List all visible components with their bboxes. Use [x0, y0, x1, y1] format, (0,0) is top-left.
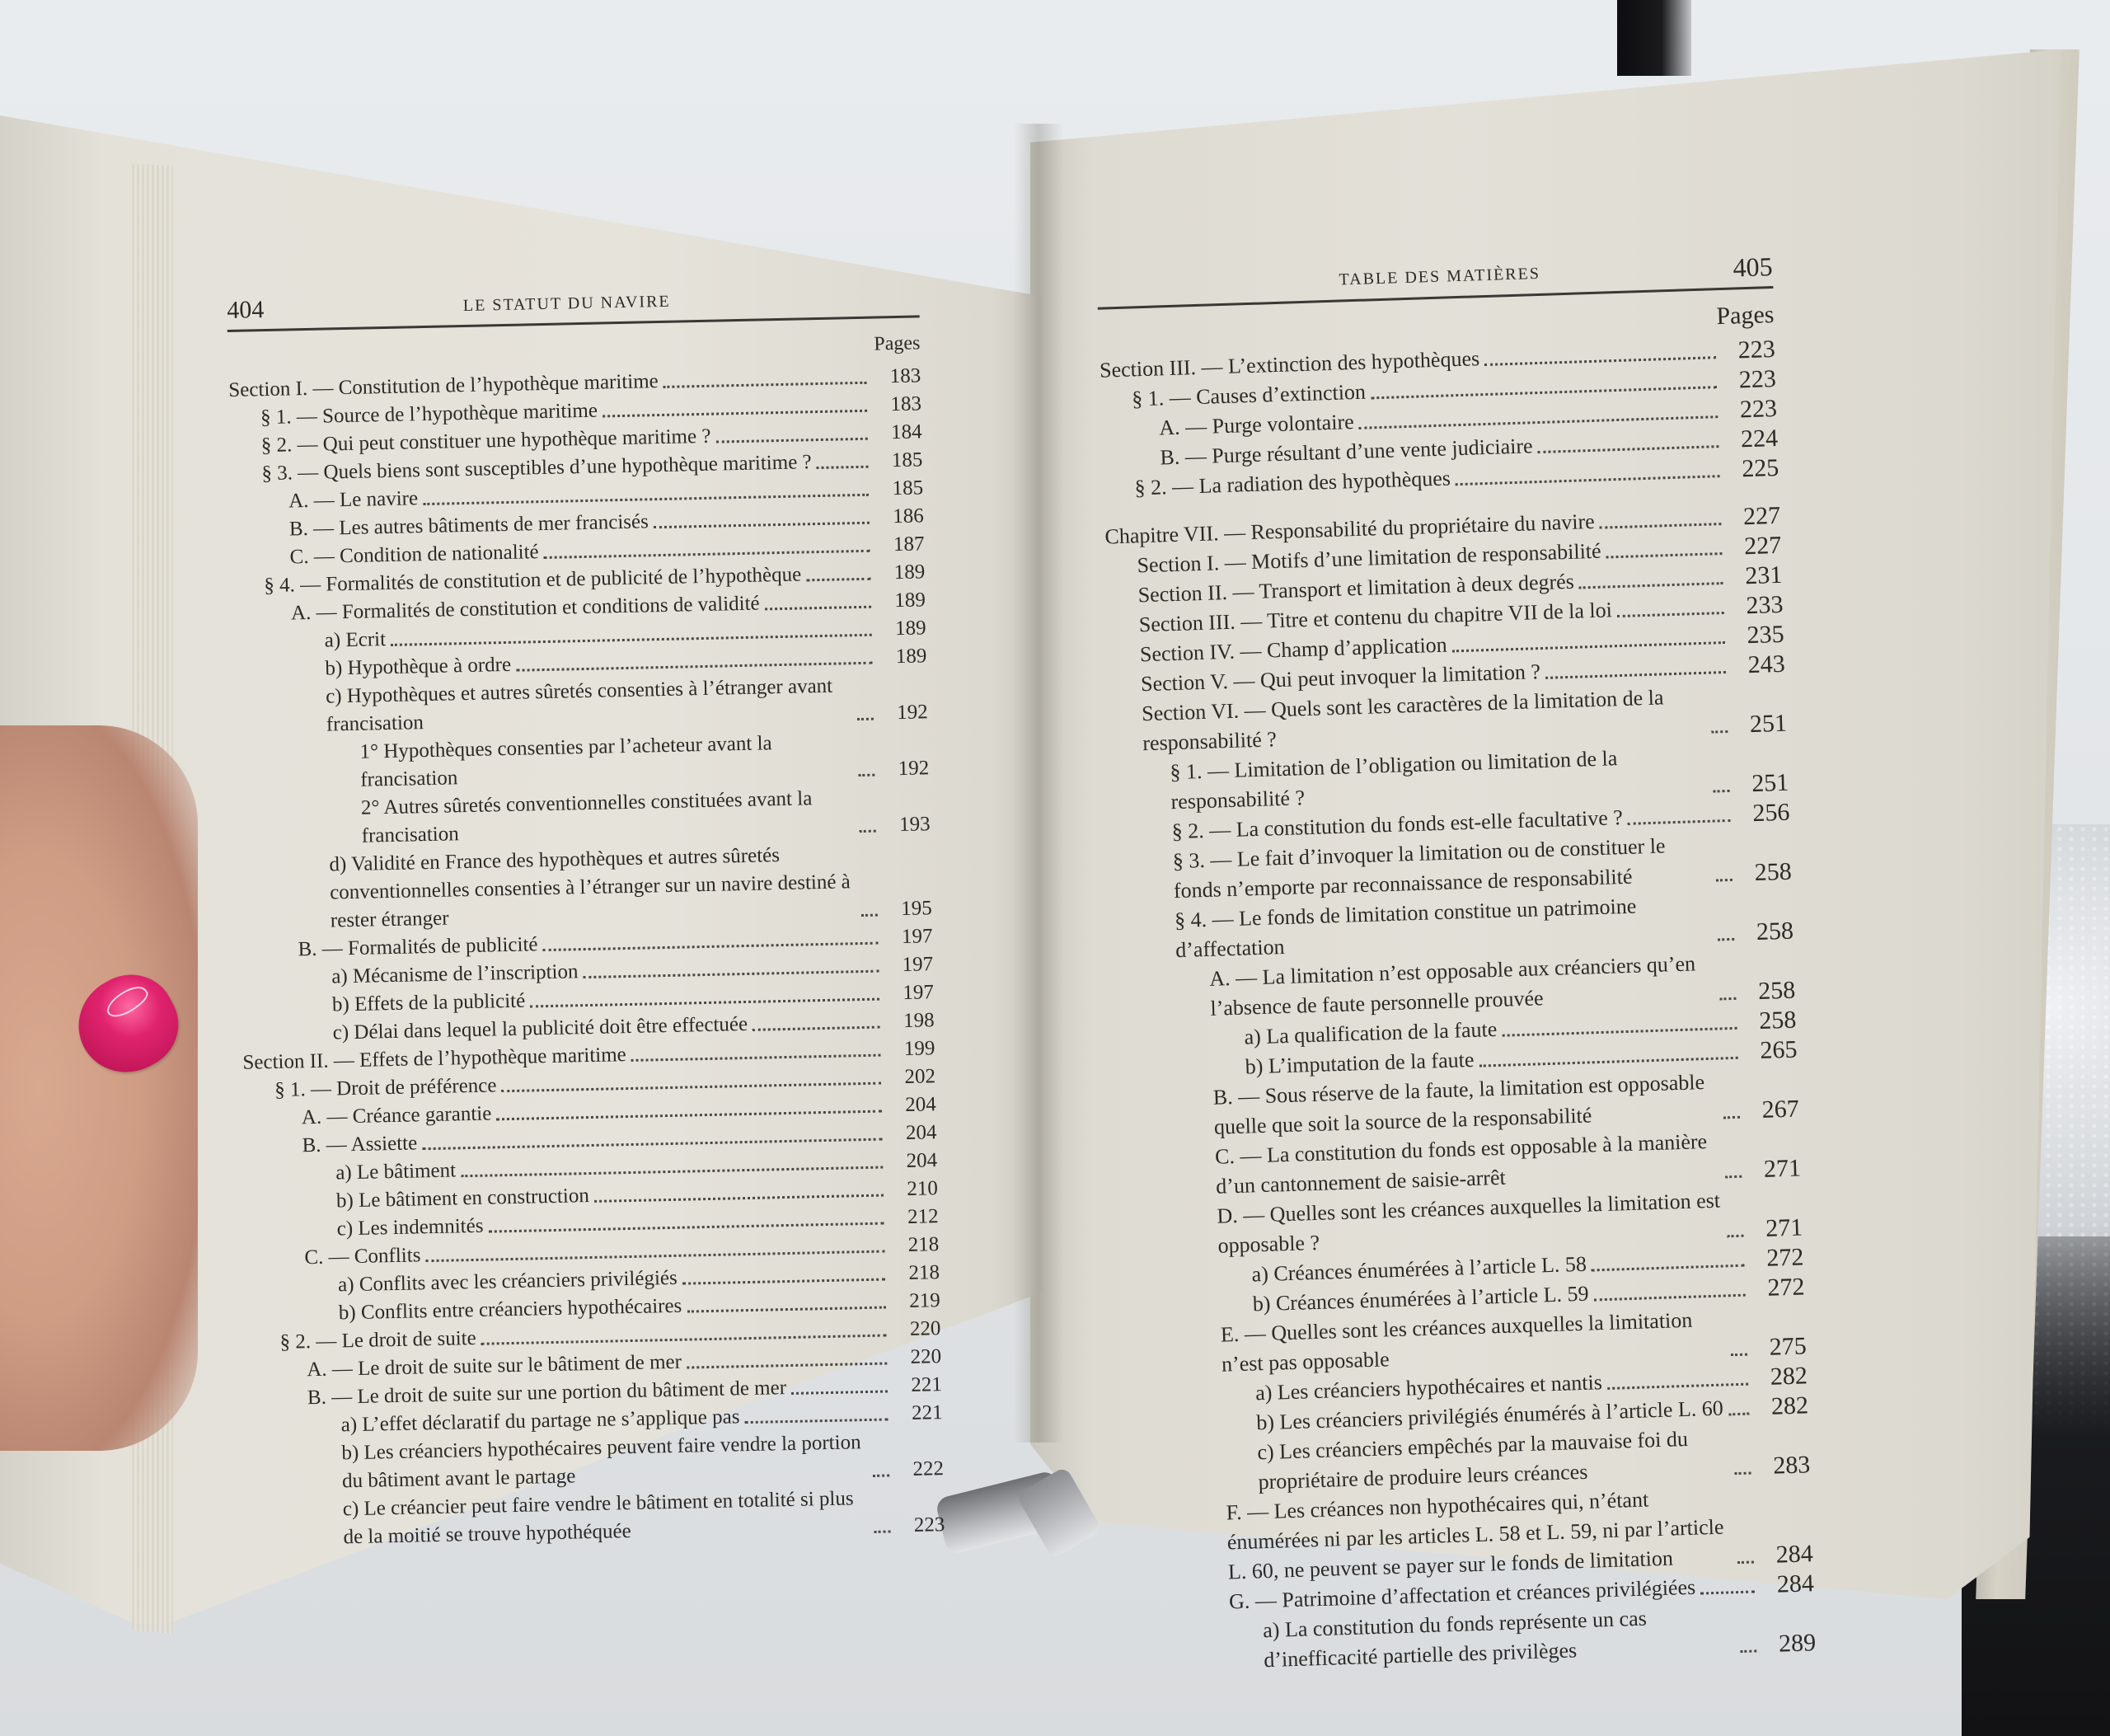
- toc-entry-title: 1° Hypothèques consenties par l’acheteur…: [359, 728, 853, 795]
- leader-dots: [765, 606, 871, 611]
- toc-page-number: 210: [890, 1175, 939, 1203]
- toc-page-number: 233: [1730, 590, 1784, 622]
- toc-entry-title: a) Ecrit: [324, 626, 386, 655]
- leader-dots: [502, 1082, 882, 1093]
- toc-page-number: 204: [889, 1119, 937, 1147]
- toc-entry-title: d) Validité en France des hypothèques et…: [329, 840, 856, 935]
- toc-page-number: 189: [879, 642, 927, 671]
- toc-page-number: 185: [874, 446, 923, 475]
- leader-dots: [544, 550, 870, 559]
- toc-page-number: 220: [893, 1343, 942, 1372]
- leader-dots: [753, 1026, 880, 1031]
- leader-dots: [806, 578, 870, 582]
- leader-dots: [594, 1194, 884, 1203]
- leader-dots: [1727, 1235, 1743, 1238]
- toc-page-number: 218: [892, 1259, 940, 1288]
- leader-dots: [426, 1250, 885, 1263]
- toc-page-number: 223: [1722, 335, 1775, 366]
- toc-page-number: 222: [896, 1455, 945, 1484]
- toc-page-number: 223: [1723, 394, 1777, 425]
- leader-dots: [791, 1390, 888, 1394]
- left-page-toc: 404 LE STATUT DU NAVIRE Pages Section I.…: [227, 282, 945, 1553]
- leader-dots: [1600, 523, 1722, 529]
- leader-dots: [631, 1054, 881, 1062]
- toc-page-number: 183: [873, 362, 921, 391]
- toc-page-number: 199: [887, 1035, 935, 1063]
- toc-page-number: 184: [874, 418, 922, 447]
- toc-entry-title: A. — Créance garantie: [302, 1100, 492, 1132]
- toc-page-number: 227: [1728, 531, 1782, 562]
- toc-entry-title: a) Mécanisme de l’inscription: [331, 958, 579, 991]
- running-title: TABLE DES MATIÈRES: [1339, 259, 1540, 295]
- toc-page-number: 189: [878, 614, 926, 643]
- leader-dots: [873, 1474, 889, 1476]
- leader-dots: [861, 914, 878, 917]
- leader-dots: [461, 1166, 883, 1178]
- toc-page-number: 275: [1753, 1331, 1807, 1363]
- toc-page-number: 272: [1751, 1242, 1804, 1274]
- leader-dots: [874, 1530, 891, 1532]
- leader-dots: [516, 662, 872, 672]
- leader-dots: [584, 970, 879, 979]
- page-number: 404: [227, 296, 265, 325]
- toc-entry-title: c) Le créancier peut faire vendre le bât…: [342, 1485, 869, 1551]
- toc-page-number: 212: [890, 1203, 939, 1232]
- toc-page-number: 265: [1744, 1035, 1798, 1067]
- toc-entry-title: b) Le bâtiment en construction: [336, 1182, 590, 1215]
- leader-dots: [1737, 1560, 1754, 1564]
- toc-page-number: 183: [874, 390, 922, 419]
- toc-page-number: 225: [1726, 453, 1779, 485]
- leader-dots: [715, 438, 867, 443]
- toc-entries: Section I. — Constitution de l’hypothèqu…: [228, 362, 945, 1553]
- toc-page-number: 258: [1738, 857, 1792, 889]
- toc-entry-title: F. — Les créances non hypothécaires qui,…: [1226, 1482, 1733, 1587]
- background-dark-object: [1617, 0, 1691, 76]
- leader-dots: [1606, 552, 1723, 558]
- toc-page-number: 267: [1746, 1094, 1799, 1125]
- leader-dots: [530, 998, 879, 1008]
- leader-dots: [1545, 671, 1726, 679]
- leader-dots: [1725, 1175, 1742, 1179]
- leader-dots: [1713, 790, 1729, 793]
- toc-page-number: 221: [894, 1399, 943, 1428]
- toc-page-number: 283: [1757, 1450, 1811, 1481]
- book-gutter: [1014, 124, 1063, 1443]
- toc-page-number: 192: [879, 698, 928, 727]
- toc-page-number: 284: [1760, 1539, 1813, 1570]
- toc-page-number: 224: [1725, 424, 1779, 455]
- hand-holding-book: [0, 725, 198, 1451]
- toc-entry-title: § 2. — Le droit de suite: [279, 1325, 476, 1357]
- toc-page-number: 243: [1732, 650, 1785, 681]
- toc-entry-title: b) Hypothèque à ordre: [325, 651, 511, 683]
- leader-dots: [1452, 641, 1725, 652]
- toc-entry: d) Validité en France des hypothèques et…: [238, 838, 932, 937]
- toc-page-number: 227: [1728, 501, 1781, 533]
- toc-page-number: 220: [893, 1315, 941, 1344]
- leader-dots: [654, 522, 870, 528]
- toc-entry-title: a) Le bâtiment: [335, 1157, 456, 1187]
- toc-page-number: 186: [875, 502, 924, 531]
- leader-dots: [1628, 819, 1731, 825]
- toc-page-number: 202: [888, 1063, 936, 1091]
- leader-dots: [1716, 879, 1733, 882]
- toc-page-number: 282: [1755, 1391, 1808, 1422]
- leader-dots: [1711, 730, 1728, 734]
- toc-page-number: 258: [1740, 917, 1793, 948]
- toc-page-number: 197: [886, 978, 935, 1007]
- toc-entry-title: c) Les indemnités: [336, 1213, 483, 1244]
- leader-dots: [687, 1307, 886, 1313]
- leader-dots: [663, 382, 867, 388]
- page-number: 405: [1733, 251, 1773, 282]
- toc-page-number: 271: [1750, 1213, 1803, 1244]
- toc-page-number: 251: [1733, 709, 1787, 740]
- leader-dots: [1718, 938, 1734, 941]
- toc-page-number: 197: [884, 922, 933, 951]
- toc-entry-title: B. — Assiette: [302, 1129, 417, 1160]
- leader-dots: [1700, 1590, 1755, 1594]
- leader-dots: [1719, 997, 1736, 1001]
- toc-page-number: 289: [1763, 1628, 1817, 1659]
- running-title: LE STATUT DU NAVIRE: [463, 288, 671, 320]
- toc-entry-title: C. — Conflits: [304, 1241, 421, 1272]
- toc-page-number: 258: [1742, 976, 1796, 1007]
- toc-page-number: 192: [881, 754, 930, 783]
- leader-dots: [1592, 1264, 1745, 1272]
- toc-entry-title: A. — Le navire: [288, 485, 419, 515]
- leader-dots: [1579, 582, 1723, 589]
- leader-dots: [1723, 1116, 1740, 1119]
- toc-page-number: 185: [875, 474, 924, 503]
- toc-page-number: 187: [876, 530, 925, 559]
- leader-dots: [858, 774, 874, 777]
- leader-dots: [496, 1110, 882, 1121]
- leader-dots: [1731, 1354, 1747, 1357]
- leader-dots: [687, 1363, 887, 1369]
- leader-dots: [1607, 1383, 1748, 1390]
- leader-dots: [857, 718, 874, 720]
- toc-entries: Section III. — L’extinction des hypothèq…: [1100, 335, 1817, 1679]
- leader-dots: [1479, 1057, 1738, 1067]
- toc-page-number: 258: [1743, 1006, 1797, 1037]
- toc-entry-title: b) Effets de la publicité: [332, 988, 526, 1020]
- leader-dots: [1538, 445, 1719, 453]
- toc-page-number: 223: [1723, 364, 1776, 396]
- leader-dots: [1740, 1649, 1756, 1653]
- toc-page-number: 235: [1731, 620, 1784, 651]
- right-page-toc: TABLE DES MATIÈRES 405 Pages Section III…: [1096, 251, 1816, 1679]
- leader-dots: [489, 1222, 884, 1233]
- toc-page-number: 204: [889, 1147, 938, 1175]
- toc-page-number: 251: [1736, 768, 1789, 800]
- leader-dots: [1735, 1472, 1751, 1476]
- leader-dots: [1617, 612, 1724, 617]
- leader-dots: [1728, 1413, 1749, 1416]
- leader-dots: [817, 466, 869, 469]
- leader-dots: [1502, 1027, 1737, 1037]
- toc-page-number: 197: [885, 950, 934, 979]
- toc-page-number: 189: [878, 586, 926, 615]
- toc-page-number: 272: [1751, 1272, 1805, 1303]
- toc-page-number: 284: [1761, 1569, 1814, 1600]
- leader-dots: [423, 494, 869, 505]
- toc-page-number: 256: [1737, 798, 1790, 829]
- toc-page-number: 282: [1754, 1361, 1808, 1392]
- toc-page-number: 271: [1747, 1153, 1801, 1185]
- toc-page-number: 193: [882, 810, 931, 839]
- leader-dots: [481, 1335, 887, 1345]
- leader-dots: [1484, 356, 1716, 366]
- leader-dots: [1594, 1294, 1746, 1302]
- toc-page-number: 219: [892, 1287, 940, 1316]
- leader-dots: [682, 1279, 885, 1285]
- leader-dots: [860, 830, 876, 833]
- toc-page-number: 198: [886, 1006, 935, 1035]
- leader-dots: [745, 1418, 889, 1424]
- toc-page-number: 189: [877, 558, 926, 587]
- toc-page-number: 204: [888, 1091, 936, 1119]
- toc-page-number: 195: [884, 894, 932, 923]
- toc-page-number: 218: [891, 1231, 940, 1260]
- leader-dots: [422, 1138, 882, 1151]
- toc-page-number: 221: [893, 1371, 942, 1400]
- toc-page-number: 231: [1729, 561, 1783, 592]
- leader-dots: [543, 942, 879, 952]
- toc-page-number: 223: [897, 1511, 945, 1540]
- leader-dots: [603, 410, 867, 418]
- leader-dots: [1456, 475, 1720, 486]
- toc-entry-title: § 1. — Droit de préférence: [274, 1072, 497, 1105]
- toc-entry-title: 2° Autres sûretés conventionnelles const…: [361, 784, 855, 851]
